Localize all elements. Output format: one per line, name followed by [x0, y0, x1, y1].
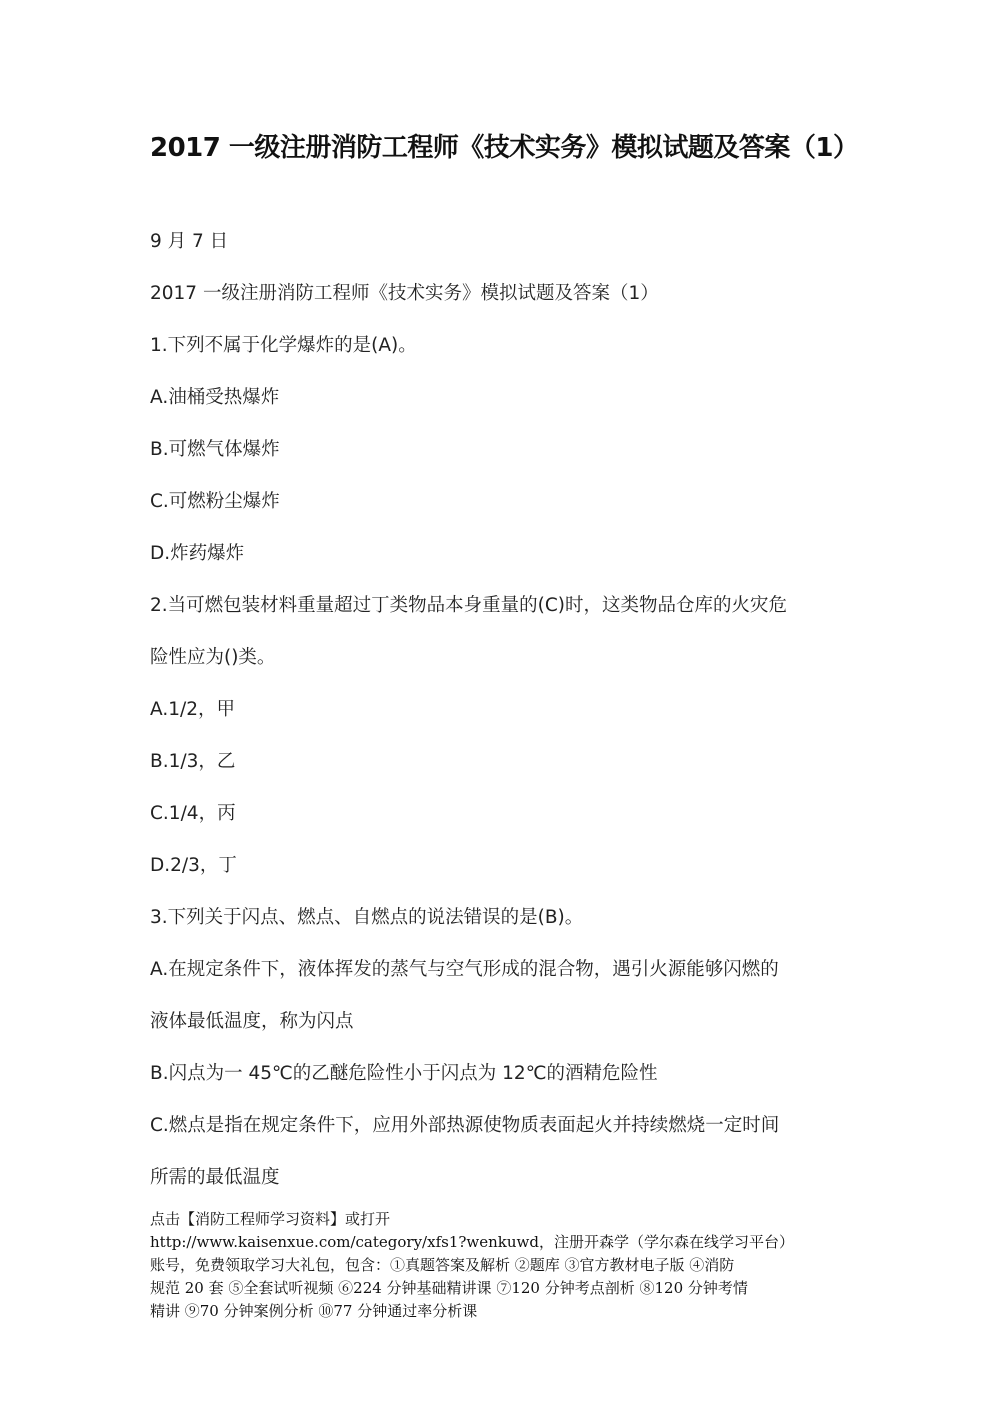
document-page: 2017 一级注册消防工程师《技术实务》模拟试题及答案（1） 9 月 7 日 2… — [0, 0, 993, 1404]
question-1-option-d: D.炸药爆炸 — [150, 541, 244, 567]
question-1-stem: 1.下列不属于化学爆炸的是(A)。 — [150, 333, 417, 359]
question-2-option-c: C.1/4，丙 — [150, 801, 236, 827]
question-2-stem-line1: 2.当可燃包装材料重量超过丁类物品本身重量的(C)时，这类物品仓库的火灾危 — [150, 593, 787, 619]
question-1-option-a: A.油桶受热爆炸 — [150, 385, 279, 411]
question-1-option-c: C.可燃粉尘爆炸 — [150, 489, 280, 515]
question-3-stem: 3.下列关于闪点、燃点、自燃点的说法错误的是(B)。 — [150, 905, 583, 931]
document-date: 9 月 7 日 — [150, 229, 228, 255]
question-3-option-c-line1: C.燃点是指在规定条件下，应用外部热源使物质表面起火并持续燃烧一定时间 — [150, 1113, 779, 1139]
question-2-stem-line2: 险性应为()类。 — [150, 645, 275, 671]
promo-line-5: 精讲 ⑨70 分钟案例分析 ⑩77 分钟通过率分析课 — [150, 1300, 850, 1323]
question-3-option-b: B.闪点为一 45℃的乙醚危险性小于闪点为 12℃的酒精危险性 — [150, 1061, 657, 1087]
promo-footer: 点击【消防工程师学习资料】或打开 http://www.kaisenxue.co… — [150, 1208, 850, 1323]
document-title: 2017 一级注册消防工程师《技术实务》模拟试题及答案（1） — [150, 130, 870, 166]
question-2-option-a: A.1/2，甲 — [150, 697, 235, 723]
document-subtitle: 2017 一级注册消防工程师《技术实务》模拟试题及答案（1） — [150, 281, 659, 307]
question-2-option-b: B.1/3，乙 — [150, 749, 235, 775]
promo-url[interactable]: http://www.kaisenxue.com/category/xfs1?w… — [150, 1231, 850, 1254]
promo-line-4: 规范 20 套 ⑤全套试听视频 ⑥224 分钟基础精讲课 ⑦120 分钟考点剖析… — [150, 1277, 850, 1300]
question-3-option-c-line2: 所需的最低温度 — [150, 1165, 280, 1191]
promo-line-3: 账号，免费领取学习大礼包，包含：①真题答案及解析 ②题库 ③官方教材电子版 ④消… — [150, 1254, 850, 1277]
question-3-option-a-line1: A.在规定条件下，液体挥发的蒸气与空气形成的混合物，遇引火源能够闪燃的 — [150, 957, 779, 983]
question-2-option-d: D.2/3，丁 — [150, 853, 237, 879]
promo-link-text[interactable]: 点击【消防工程师学习资料】或打开 — [150, 1208, 850, 1231]
question-1-option-b: B.可燃气体爆炸 — [150, 437, 280, 463]
question-3-option-a-line2: 液体最低温度，称为闪点 — [150, 1009, 354, 1035]
